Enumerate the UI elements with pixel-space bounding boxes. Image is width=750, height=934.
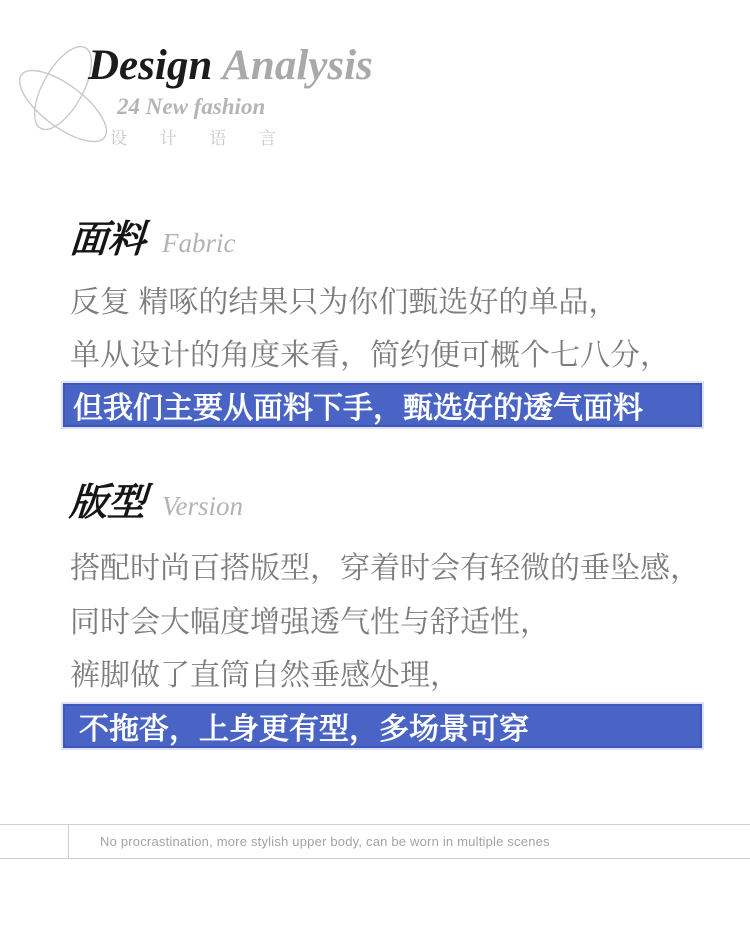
version-paragraph-line: 裤脚做了直筒自然垂感处理， <box>70 650 460 694</box>
version-paragraph-line: 搭配时尚百搭版型，穿着时会有轻微的垂坠感， <box>70 543 700 587</box>
fabric-paragraph-line: 反复 精啄的结果只为你们甄选好的单品， <box>70 277 618 321</box>
footer-note: No procrastination, more stylish upper b… <box>100 824 550 858</box>
version-paragraph-line: 同时会大幅度增强透气性与舒适性， <box>70 597 550 641</box>
page-title-primary: Design <box>88 42 212 89</box>
section-title-version: 版型 Version <box>70 471 243 526</box>
page-title-secondary: Analysis <box>222 42 373 89</box>
fabric-paragraph-line: 单从设计的角度来看，简约便可概个七八分， <box>70 330 670 374</box>
footer-bottom-divider <box>0 858 750 859</box>
footer-vertical-divider <box>68 824 69 859</box>
section-title-version-cn: 版型 <box>68 471 148 526</box>
page-subtitle-english: 24 New fashion <box>117 94 265 120</box>
section-title-version-en: Version <box>162 491 243 522</box>
page-subtitle-chinese: 设 计 语 言 <box>110 124 290 149</box>
fabric-highlight-banner: 但我们主要从面料下手，甄选好的透气面料 <box>63 383 702 427</box>
version-highlight-banner: 不拖沓，上身更有型，多场景可穿 <box>63 704 702 748</box>
section-title-fabric: 面料 Fabric <box>70 208 236 263</box>
page-title: DesignAnalysis <box>88 42 373 89</box>
section-title-fabric-cn: 面料 <box>68 208 148 263</box>
section-title-fabric-en: Fabric <box>162 228 236 259</box>
